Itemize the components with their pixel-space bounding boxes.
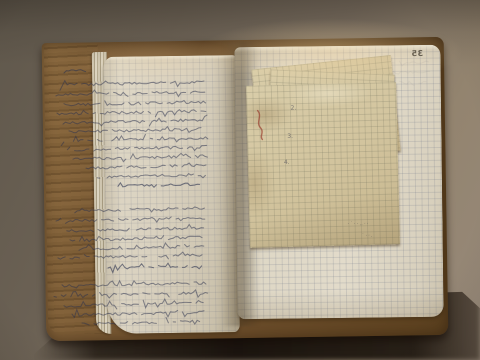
lighting-vignette xyxy=(0,0,480,360)
handwriting-layer xyxy=(0,0,480,360)
pencil-list-mark: 3. xyxy=(287,133,293,140)
pencil-list-mark: 4. xyxy=(284,159,290,166)
red-pencil-squiggle xyxy=(252,107,273,141)
page-stack-edges xyxy=(92,52,111,334)
left-page xyxy=(103,55,240,334)
pencil-dot-row: ˙··. xyxy=(362,233,374,239)
pencil-list-mark: 2. xyxy=(291,105,297,112)
book-cast-shadow xyxy=(34,286,480,360)
notebook-photo: 35 2. 3. 4. ·˙··‥·· ˙··. xyxy=(0,0,480,360)
pencil-dot-row: ·˙··‥·· xyxy=(347,221,369,228)
page-number: 35 xyxy=(411,49,423,58)
cover-board-texture xyxy=(44,44,103,335)
loose-note-sheet-top: 2. 3. 4. ·˙··‥·· ˙··. xyxy=(246,82,400,248)
